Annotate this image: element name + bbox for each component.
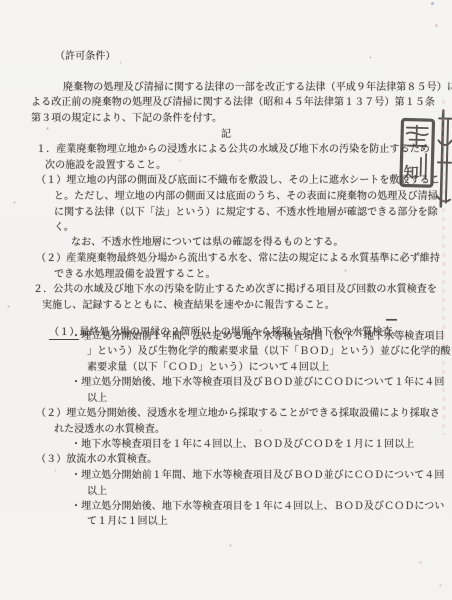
bullet-line: ・埋立処分開始後、地下水等検査項目及びＢＯＤ並びにＣＯＤについて１年に４回 xyxy=(71,377,445,389)
bullet-line: て１月に１回以上 xyxy=(87,516,168,528)
bullet-line: ・埋立処分開始前１年間、地下水等検査項目及びＢＯＤ並びにＣＯＤについて４回 xyxy=(71,470,445,482)
permit-conditions-heading: （許可条件） xyxy=(55,51,116,63)
clause-1-line: 次の施設を設置すること。 xyxy=(45,160,166,172)
bullet-line: ・地下水等検査項目を１年に４回以上、ＢＯＤ及びＣＯＤを１月に１回以上 xyxy=(71,439,414,451)
bullet-line: 以上 xyxy=(87,393,107,405)
notice-heading: 記 xyxy=(0,129,452,141)
bullet-line: ・埋立処分開始前１年間、法に定める地下水等検査項目（以下「地下水等検査項目 xyxy=(71,331,445,343)
bullet-line: 以上 xyxy=(87,486,107,498)
clause-1-1-line: （１）埋立地の内部の側面及び底面に不織布を敷設し、その上に遮水シートを敷設するこ xyxy=(36,175,440,187)
preamble-line: よる改正前の廃棄物の処理及び清掃に関する法律（昭和４５年法律第１３７号）第１５条 xyxy=(31,97,435,109)
clause-1-1-note: なお、不透水性地層については県の確認を得るものとする。 xyxy=(71,237,344,249)
bullet-line: 素要求量（以下「ＣＯＤ」という）について４回以上 xyxy=(87,362,329,374)
clause-2-2-line: れた浸透水の水質検査。 xyxy=(54,424,165,436)
clause-1-line: １．産業廃棄物埋立地からの浸透水による公共の水域及び地下水の汚染を防止するため xyxy=(36,144,430,156)
scanned-document-page: （許可条件） 廃棄物の処理及び清掃に関する法律の一部を改正する法律（平成９年法律… xyxy=(0,0,452,600)
clause-2-line: ２．公共の水域及び地下水の汚染を防止するため次ぎに掲げる項目及び回数の水質検査を xyxy=(33,284,437,296)
clause-1-1-line: に関する法律（以下「法」という）に規定する、不透水性地層が確認できる部分を除 xyxy=(54,207,438,219)
scan-edge-artifact xyxy=(442,100,445,435)
clause-2-line: 実施し、記録するとともに、検査結果を速やかに報告すること。 xyxy=(42,300,335,312)
clause-1-2-line: （２）産業廃棄物最終処分場から流出する水を、常に法の規定による水質基準に必ず維持 xyxy=(36,253,440,265)
bullet-line: ・埋立処分開始後、地下水等検査項目を１年に４回以上、ＢＯＤ及びＣＯＤについ xyxy=(71,501,445,513)
clause-1-2-line: できる水処理設備を設置すること。 xyxy=(54,269,216,281)
handwritten-dash-mark: ― xyxy=(386,313,396,326)
clause-2-3-line: （３）放流水の水質検査。 xyxy=(36,454,157,466)
bullet-line: 」という）及び生物化学的酸素要求量（以下「ＢＯＤ」という）並びに化学的酸 xyxy=(87,346,451,358)
clause-1-1-line: と。ただし、埋立地の内部の側面又は底面のうち、その表面に廃棄物の処理及び清掃 xyxy=(54,191,438,203)
preamble-line: 廃棄物の処理及び清掃に関する法律の一部を改正する法律（平成９年法律第８５号）に xyxy=(63,82,452,94)
seal-character: 知 xyxy=(403,163,418,181)
preamble-line: 第３項の規定により、下記の条件を付す。 xyxy=(31,113,222,125)
clause-2-2-line: （２）埋立処分開始後、浸透水を埋立地から採取することができる採取設備により採取さ xyxy=(36,408,440,420)
scan-noise-speckles xyxy=(0,0,1,1)
clause-1-1-line: く。 xyxy=(54,222,74,234)
